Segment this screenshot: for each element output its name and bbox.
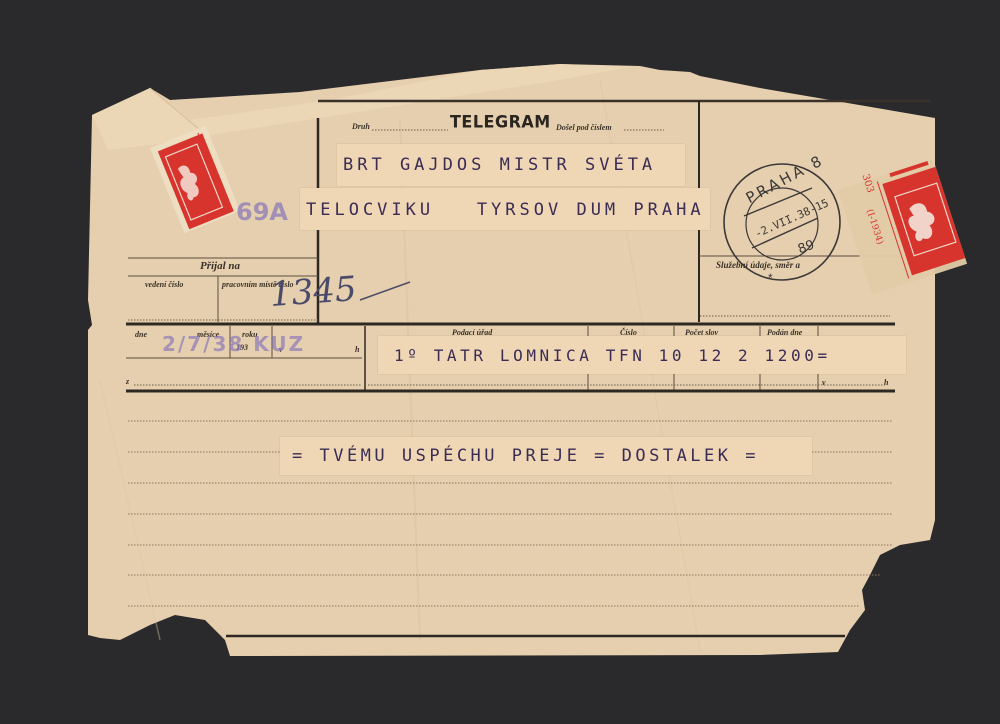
h-label: h [355,345,359,354]
address-strip-1: BRT GAJDOS MISTR SVÉTA [337,144,685,186]
dosel-label: Došel pod číslem [556,123,612,132]
message-text: = TVÉMU USPÉCHU PREJE = DOSTALEK = [292,446,759,466]
address-line-1: BRT GAJDOS MISTR SVÉTA [343,155,656,175]
druh-label: Druh [352,122,370,131]
postmark-city: PRAHA 8 [743,151,827,207]
prijal-na-label: Přijal na [200,260,240,272]
stamp-mark-69a: 69A [236,198,288,226]
address-line-2: TELOCVIKU TYRSOV DUM PRAHA [306,200,705,220]
postmark-code: 89 [796,238,817,258]
received-date-stamp: 2/7/38 KUZ [162,332,305,356]
dne-label: dne [135,330,147,339]
message-strip: = TVÉMU USPÉCHU PREJE = DOSTALEK = [280,437,812,475]
handwritten-number: 1345 [269,269,358,315]
origin-v-label: v [822,378,826,387]
vedeni-cislo-label: vedení číslo [145,280,183,289]
origin-strip: 1º TATR LOMNICA TFN 10 12 2 1200= [378,336,906,374]
origin-h-label: h [884,378,888,387]
telegram-document: * Druh TELEGRAM Došel pod číslem BRT GAJ… [0,0,1000,724]
z-label: z [126,377,129,386]
address-strip-2: TELOCVIKU TYRSOV DUM PRAHA [300,188,710,230]
origin-line: 1º TATR LOMNICA TFN 10 12 2 1200= [394,346,831,365]
postmark-text: PRAHA 8 -2.VII.38-15 89 [726,160,846,290]
telegram-title: TELEGRAM [450,112,551,132]
postmark-date: -2.VII.38-15 [753,196,831,240]
